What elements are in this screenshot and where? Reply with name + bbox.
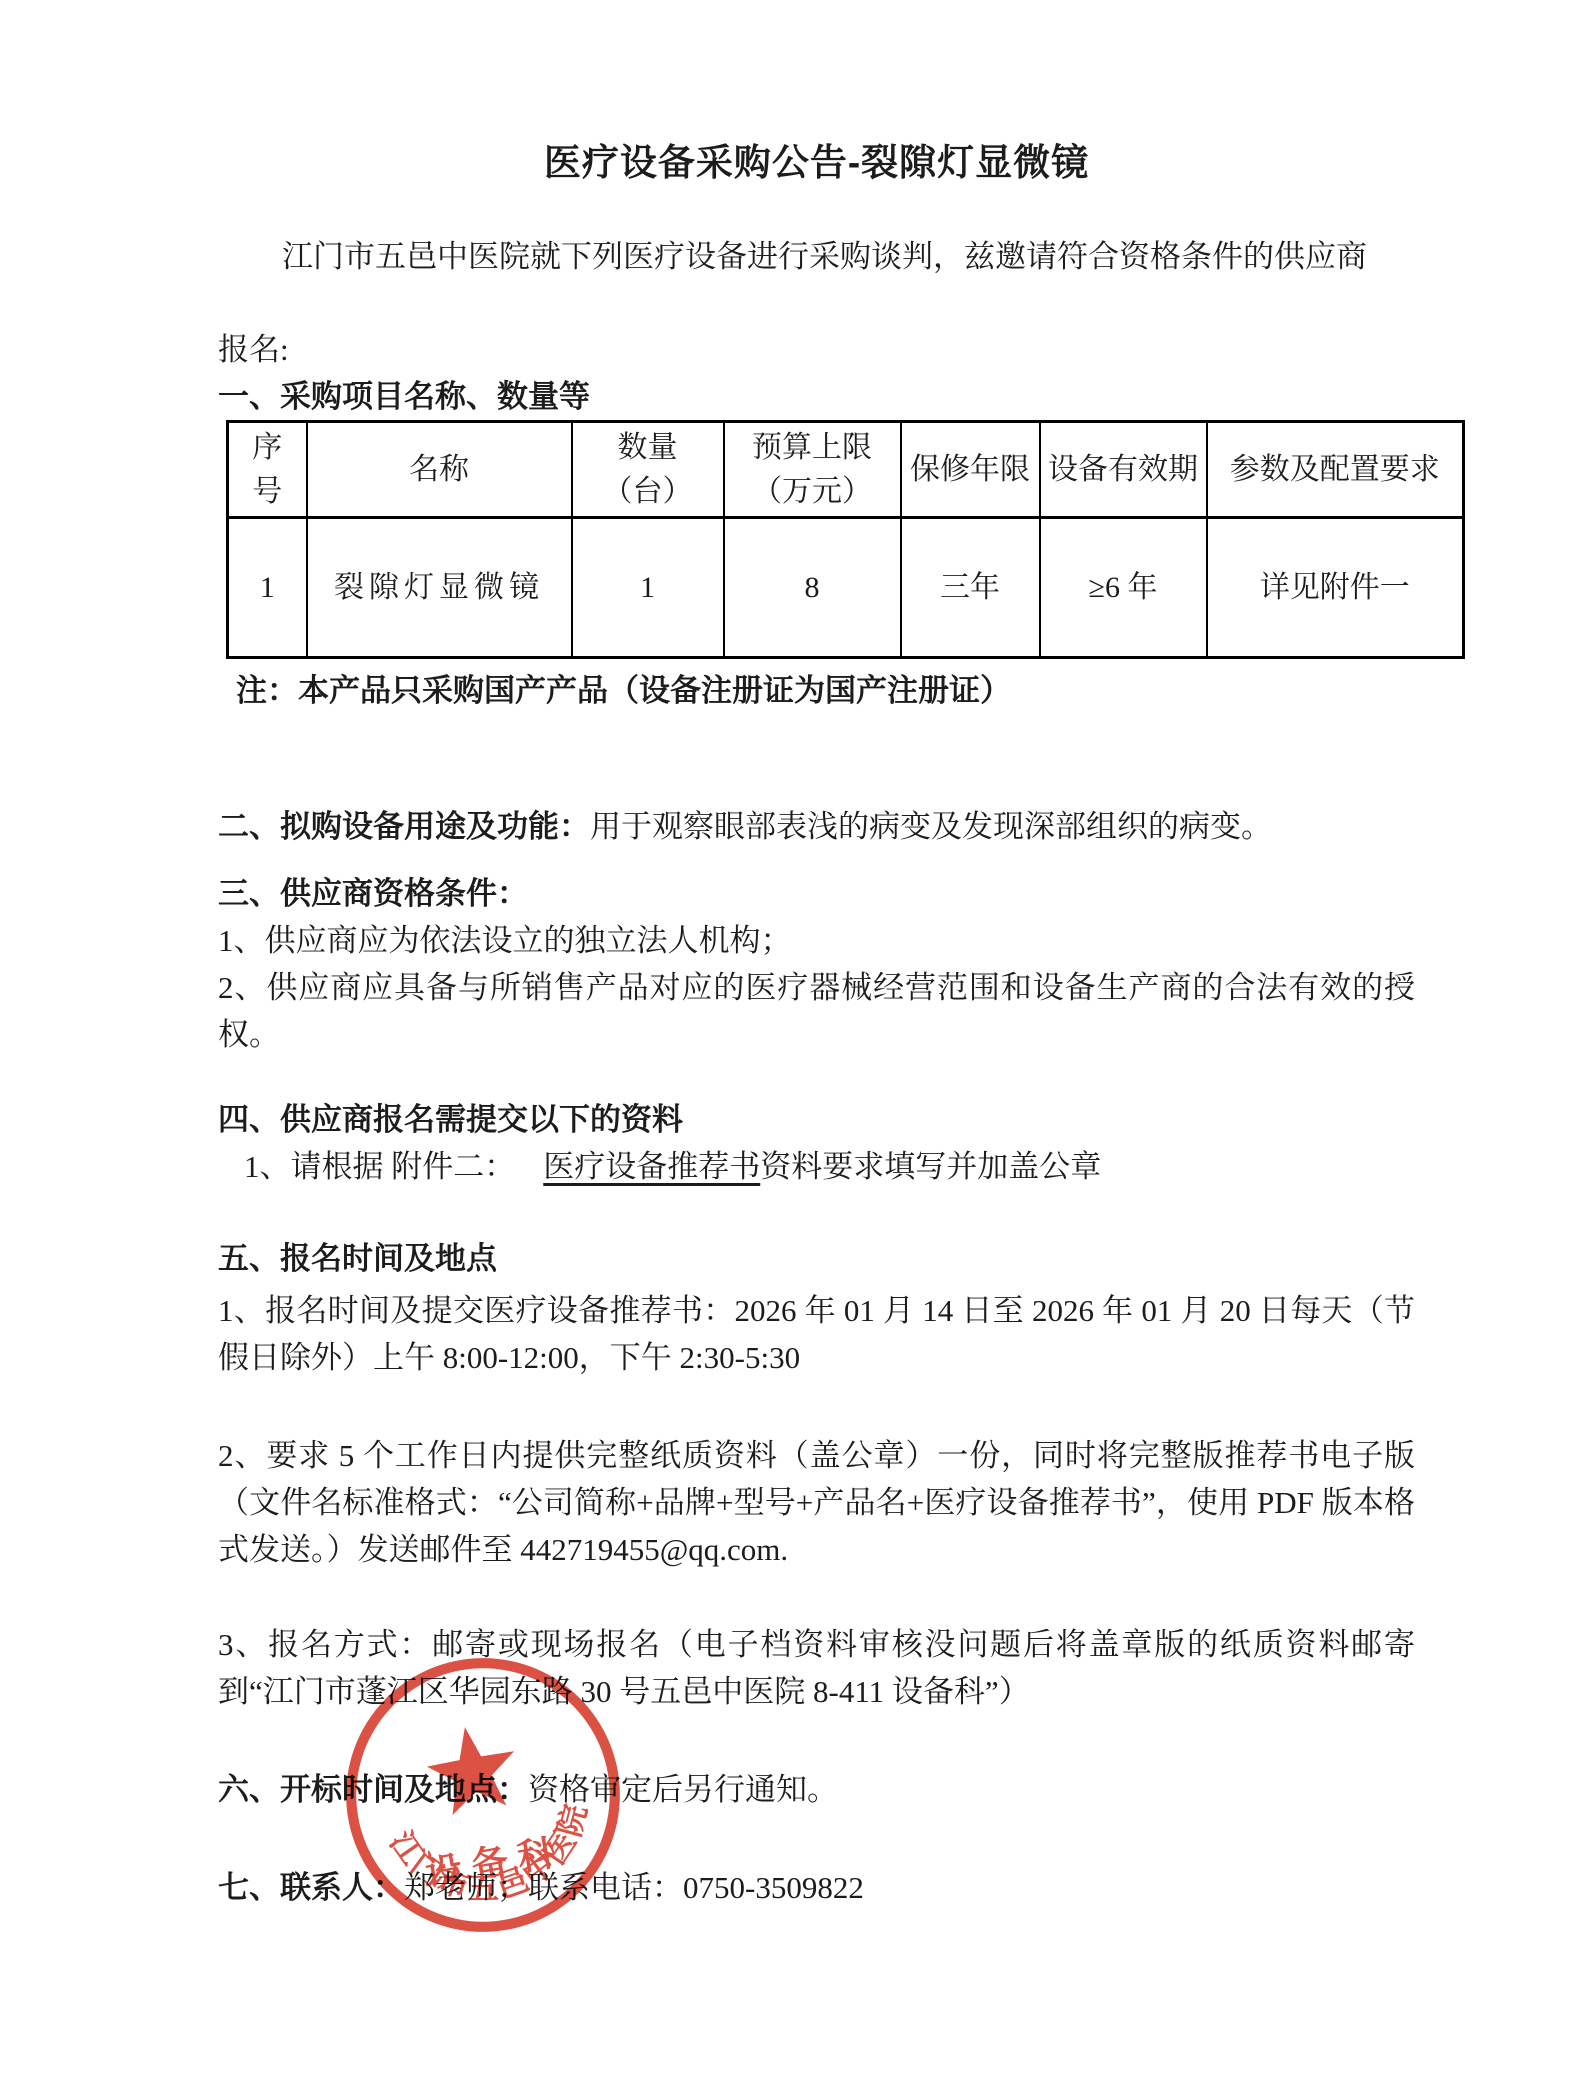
col-header-quantity: 数量 （台） [572, 422, 724, 518]
section3-heading: 三、供应商资格条件： [218, 870, 1415, 917]
intro-paragraph: 江门市五邑中医院就下列医疗设备进行采购谈判，兹邀请符合资格条件的供应商 [218, 233, 1415, 280]
section5-item-2: 2、要求 5 个工作日内提供完整纸质资料（盖公章）一份，同时将完整版推荐书电子版… [218, 1432, 1415, 1573]
procurement-table: 序 号 名称 数量 （台） 预算上限 （万元） 保修年限 设备有效期 参数及配置… [226, 420, 1465, 659]
section5-item-3: 3、报名方式：邮寄或现场报名（电子档资料审核没问题后将盖章版的纸质资料邮寄到“江… [218, 1621, 1415, 1715]
section3-item-2: 2、供应商应具备与所销售产品对应的医疗器械经营范围和设备生产商的合法有效的授权。 [218, 964, 1415, 1058]
col-header-name: 名称 [307, 422, 572, 518]
table-note: 注：本产品只采购国产产品（设备注册证为国产注册证） [218, 667, 1415, 714]
cell-warranty: 三年 [901, 518, 1040, 658]
attachment-suffix: 资料要求填写并加盖公章 [760, 1149, 1101, 1184]
section1-heading: 一、采购项目名称、数量等 [218, 373, 1415, 420]
cell-quantity: 1 [572, 518, 724, 658]
section5-item-1: 1、报名时间及提交医疗设备推荐书：2026 年 01 月 14 日至 2026 … [218, 1287, 1415, 1381]
col-header-budget: 预算上限 （万元） [724, 422, 901, 518]
section4-item-1: 1、请根据 附件二：医疗设备推荐书资料要求填写并加盖公章 [218, 1143, 1415, 1190]
section2-text: 用于观察眼部表浅的病变及发现深部组织的病变。 [590, 809, 1272, 844]
cell-budget: 8 [724, 518, 901, 658]
section2-line: 二、拟购设备用途及功能：用于观察眼部表浅的病变及发现深部组织的病变。 [218, 803, 1415, 850]
page-title: 医疗设备采购公告-裂隙灯显微镜 [218, 139, 1415, 186]
cell-validity: ≥6 年 [1040, 518, 1207, 658]
section2-heading: 二、拟购设备用途及功能： [218, 809, 590, 844]
section7-line: 七、联系人：郑老师；联系电话：0750-3509822 [218, 1864, 1415, 1911]
table-header-row: 序 号 名称 数量 （台） 预算上限 （万元） 保修年限 设备有效期 参数及配置… [228, 422, 1464, 518]
cell-specs: 详见附件一 [1207, 518, 1464, 658]
cell-name: 裂隙灯显微镜 [307, 518, 572, 658]
section4-heading: 四、供应商报名需提交以下的资料 [218, 1096, 1415, 1143]
table-row: 1 裂隙灯显微镜 1 8 三年 ≥6 年 详见附件一 [228, 518, 1464, 658]
section3-item-1: 1、供应商应为依法设立的独立法人机构； [218, 917, 1415, 964]
section5-heading: 五、报名时间及地点 [218, 1235, 1415, 1282]
col-header-specs: 参数及配置要求 [1207, 422, 1464, 518]
document-page: 医疗设备采购公告-裂隙灯显微镜 江门市五邑中医院就下列医疗设备进行采购谈判，兹邀… [0, 0, 1587, 2074]
col-header-index: 序 号 [228, 422, 307, 518]
attachment-link[interactable]: 医疗设备推荐书 [543, 1149, 760, 1184]
section7-heading: 七、联系人： [218, 1870, 404, 1905]
col-header-warranty: 保修年限 [901, 422, 1040, 518]
attachment-prefix: 1、请根据 附件二： [244, 1149, 515, 1184]
section6-text: 资格审定后另行通知。 [528, 1772, 838, 1807]
section6-heading: 六、开标时间及地点： [218, 1772, 528, 1807]
intro-continuation: 报名: [218, 326, 1415, 373]
col-header-validity: 设备有效期 [1040, 422, 1207, 518]
section7-text: 郑老师；联系电话：0750-3509822 [404, 1870, 864, 1905]
cell-index: 1 [228, 518, 307, 658]
section6-line: 六、开标时间及地点：资格审定后另行通知。 [218, 1766, 1415, 1813]
